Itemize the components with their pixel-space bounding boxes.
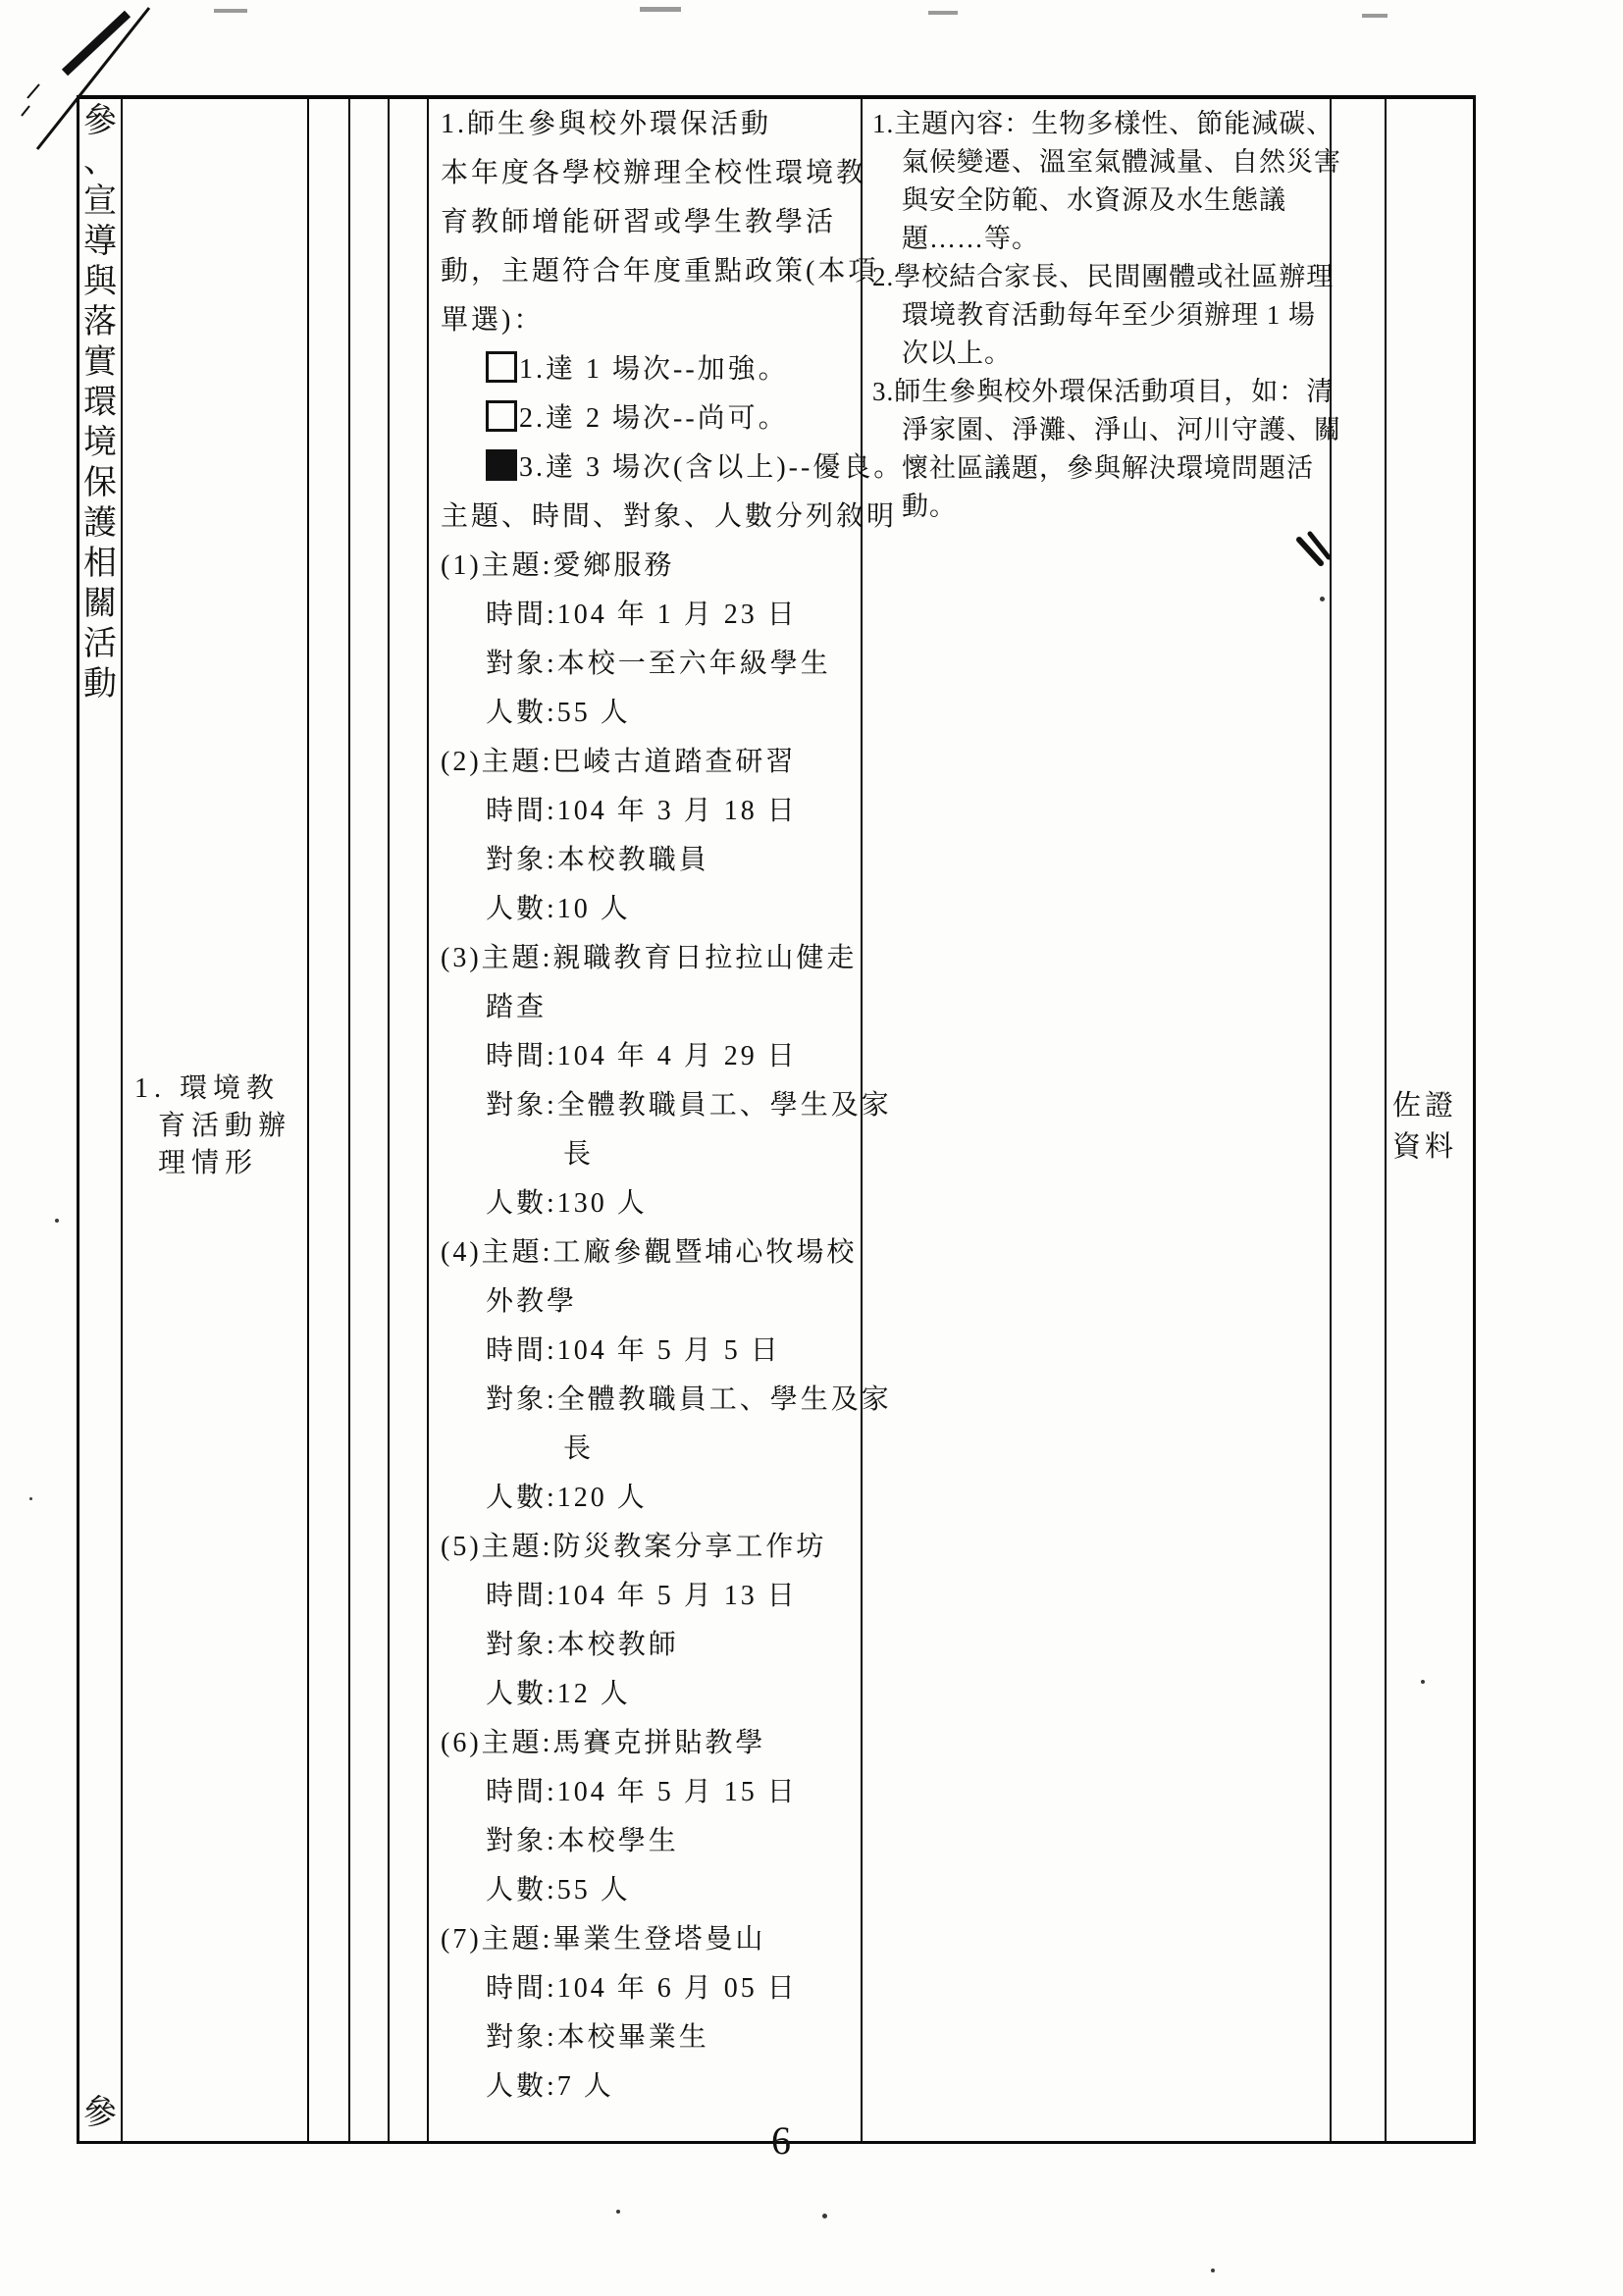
content-line-text: (2)主題:巴崚古道踏查研習 <box>441 747 796 777</box>
content-line: (7)主題:畢業生登塔曼山 <box>441 1915 861 1964</box>
content-line: 1.師生參與校外環保活動 <box>441 100 861 149</box>
content-line: 時間:104 年 5 月 13 日 <box>441 1572 861 1621</box>
empty-column-b <box>350 99 390 2141</box>
content-line: 時間:104 年 3 月 18 日 <box>441 787 861 836</box>
scan-speck <box>822 2214 827 2218</box>
section-title-char: 落 <box>79 302 121 342</box>
content-line-text: 人數:7 人 <box>486 2071 614 2102</box>
content-line-text: 對象:本校教職員 <box>486 845 709 875</box>
content-line: 育教師增能研習或學生教學活 <box>441 198 861 247</box>
content-line: (5)主題:防災教案分享工作坊 <box>441 1523 861 1572</box>
content-line-text: 時間:104 年 1 月 23 日 <box>486 600 798 630</box>
section-title-char: 與 <box>79 262 121 302</box>
content-line: 對象:本校畢業生 <box>441 2013 861 2062</box>
content-line: 人數:7 人 <box>441 2062 861 2112</box>
content-line: 人數:120 人 <box>441 1474 861 1523</box>
note-line: 淨家園、淨灘、淨山、河川守護、關 <box>872 411 1330 449</box>
content-line: 人數:55 人 <box>441 1866 861 1915</box>
content-line-text: 對象:本校畢業生 <box>486 2022 709 2053</box>
content-line-text: 時間:104 年 5 月 5 日 <box>486 1335 781 1366</box>
section-title-char: 境 <box>79 423 121 463</box>
content-line: 對象:本校學生 <box>441 1817 861 1866</box>
scan-artifact <box>1362 14 1387 18</box>
section-title-vertical: 參、宣導與落實環境保護相關活動 <box>79 101 121 704</box>
content-line: 長 <box>441 1130 861 1179</box>
note-line: 題……等。 <box>872 220 1330 258</box>
section-title-char: 關 <box>79 584 121 624</box>
content-line: 時間:104 年 5 月 5 日 <box>441 1327 861 1376</box>
note-line: 氣候變遷、溫室氣體減量、自然災害 <box>872 143 1330 182</box>
scan-speck <box>55 1219 59 1223</box>
content-line: 對象:本校教職員 <box>441 836 861 885</box>
checkbox-checked-icon <box>486 449 517 481</box>
content-line-text: 踏查 <box>486 992 547 1022</box>
corner-pen-mark <box>20 0 177 167</box>
content-line-text: 1.師生參與校外環保活動 <box>441 109 771 139</box>
content-line-text: 外教學 <box>486 1286 577 1317</box>
item-label: 1. 環境教育活動辦理情形 <box>123 1070 307 1182</box>
content-line: 對象:本校教師 <box>441 1621 861 1670</box>
scan-speck <box>1211 2269 1215 2272</box>
content-line-text: 人數:10 人 <box>486 894 631 924</box>
note-line: 懷社區議題，參與解決環境問題活 <box>872 449 1330 488</box>
section-title-char: 導 <box>79 222 121 262</box>
content-line-text: 時間:104 年 4 月 29 日 <box>486 1041 798 1071</box>
content-line-text: 時間:104 年 6 月 05 日 <box>486 1973 798 2004</box>
page-number: 6 <box>771 2117 791 2164</box>
content-line: 主題、時間、對象、人數分列敘明 <box>441 493 861 542</box>
content-line-text: (5)主題:防災教案分享工作坊 <box>441 1532 826 1562</box>
content-line-text: (3)主題:親職教育日拉拉山健走 <box>441 943 857 973</box>
checkbox-empty-icon <box>486 400 517 432</box>
note-line: 環境教育活動每年至少須辦理 1 場 <box>872 296 1330 335</box>
content-line: 對象:全體教職員工、學生及家 <box>441 1376 861 1425</box>
evidence-label-line: 資料 <box>1392 1126 1463 1168</box>
content-line: 人數:55 人 <box>441 689 861 738</box>
scan-artifact <box>214 9 247 13</box>
content-line-text: 對象:本校一至六年級學生 <box>486 649 831 679</box>
content-line: 3.達 3 場次(含以上)--優良。 <box>441 444 861 493</box>
section-title-char: 活 <box>79 624 121 664</box>
content-line-text: 人數:55 人 <box>486 1875 631 1905</box>
section-footer-char: 參 <box>79 2085 121 2133</box>
content-line-text: 對象:全體教職員工、學生及家 <box>486 1384 892 1415</box>
section-title-char: 環 <box>79 383 121 423</box>
scan-artifact <box>928 11 958 15</box>
section-title-char: 保 <box>79 463 121 503</box>
section-title-char: 動 <box>79 664 121 704</box>
section-title-char: 宣 <box>79 182 121 222</box>
content-line: 2.達 2 場次--尚可。 <box>441 394 861 444</box>
note-line: 動。 <box>872 488 1330 526</box>
content-line: 人數:10 人 <box>441 885 861 934</box>
evaluation-table: 參、宣導與落實環境保護相關活動 參 1. 環境教育活動辦理情形 1.師生參與校外… <box>77 95 1476 2144</box>
content-line: 對象:全體教職員工、學生及家 <box>441 1081 861 1130</box>
note-line: 次以上。 <box>872 335 1330 373</box>
item-column: 1. 環境教育活動辦理情形 <box>123 99 309 2141</box>
content-line: 本年度各學校辦理全校性環境教 <box>441 149 861 198</box>
empty-column-c <box>390 99 429 2141</box>
content-line: 時間:104 年 5 月 15 日 <box>441 1768 861 1817</box>
content-line-text: (6)主題:馬賽克拼貼教學 <box>441 1728 765 1758</box>
content-line: (4)主題:工廠參觀暨埔心牧場校 <box>441 1228 861 1278</box>
content-line: 長 <box>441 1425 861 1474</box>
content-line-text: (1)主題:愛鄉服務 <box>441 550 674 581</box>
content-line: 人數:12 人 <box>441 1670 861 1719</box>
content-line-text: 時間:104 年 5 月 13 日 <box>486 1581 798 1611</box>
note-line: 與安全防範、水資源及水生態議 <box>872 182 1330 220</box>
content-line: 動，主題符合年度重點政策(本項 <box>441 247 861 296</box>
note-line: 2.學校結合家長、民間團體或社區辦理 <box>872 258 1330 296</box>
content-line-text: (4)主題:工廠參觀暨埔心牧場校 <box>441 1237 857 1268</box>
content-line-text: 對象:本校學生 <box>486 1826 679 1856</box>
empty-column-a <box>309 99 350 2141</box>
notes-lines: 1.主題內容：生物多樣性、節能減碳、氣候變遷、溫室氣體減量、自然災害與安全防範、… <box>863 99 1330 526</box>
evidence-label: 佐證資料 <box>1387 1085 1463 1168</box>
content-line: (1)主題:愛鄉服務 <box>441 542 861 591</box>
checkbox-empty-icon <box>486 351 517 383</box>
scan-speck <box>29 1497 32 1500</box>
scan-speck <box>616 2210 620 2214</box>
content-line-text: 單選)： <box>441 305 544 336</box>
evidence-column: 佐證資料 <box>1387 99 1463 2141</box>
empty-column-d <box>1332 99 1387 2141</box>
scan-artifact <box>640 7 681 12</box>
content-lines: 1.師生參與校外環保活動本年度各學校辦理全校性環境教育教師增能研習或學生教學活動… <box>429 99 861 2112</box>
content-line: 外教學 <box>441 1278 861 1327</box>
content-line-text: 長 <box>563 1434 594 1464</box>
content-line-text: 長 <box>563 1139 594 1170</box>
content-line-text: 對象:本校教師 <box>486 1630 679 1660</box>
section-title-char: 實 <box>79 342 121 383</box>
evidence-label-line: 佐證 <box>1392 1085 1463 1126</box>
content-line-text: 時間:104 年 5 月 15 日 <box>486 1777 798 1807</box>
content-line: (2)主題:巴崚古道踏查研習 <box>441 738 861 787</box>
content-line: 時間:104 年 6 月 05 日 <box>441 1964 861 2013</box>
scanned-document-page: 參、宣導與落實環境保護相關活動 參 1. 環境教育活動辦理情形 1.師生參與校外… <box>0 0 1623 2296</box>
content-line-text: 動，主題符合年度重點政策(本項 <box>441 256 878 287</box>
content-line-text: 1.達 1 場次--加強。 <box>519 354 789 385</box>
note-line: 1.主題內容：生物多樣性、節能減碳、 <box>872 105 1330 143</box>
content-line: 踏查 <box>441 983 861 1032</box>
content-line-text: 本年度各學校辦理全校性環境教 <box>441 158 866 188</box>
content-line: 人數:130 人 <box>441 1179 861 1228</box>
content-line-text: 人數:120 人 <box>486 1483 648 1513</box>
content-line: (6)主題:馬賽克拼貼教學 <box>441 1719 861 1768</box>
ink-smudge <box>1291 530 1335 577</box>
content-line: 時間:104 年 4 月 29 日 <box>441 1032 861 1081</box>
content-line-text: 人數:12 人 <box>486 1679 631 1709</box>
content-line-text: 對象:全體教職員工、學生及家 <box>486 1090 892 1121</box>
content-column: 1.師生參與校外環保活動本年度各學校辦理全校性環境教育教師增能研習或學生教學活動… <box>429 99 863 2141</box>
content-line: 1.達 1 場次--加強。 <box>441 345 861 394</box>
content-line: 對象:本校一至六年級學生 <box>441 640 861 689</box>
content-line-text: 人數:55 人 <box>486 698 631 728</box>
content-line-text: 時間:104 年 3 月 18 日 <box>486 796 798 826</box>
content-line: (3)主題:親職教育日拉拉山健走 <box>441 934 861 983</box>
content-line-text: 主題、時間、對象、人數分列敘明 <box>441 501 897 532</box>
section-title-char: 護 <box>79 503 121 544</box>
content-line-text: 3.達 3 場次(含以上)--優良。 <box>519 452 904 483</box>
section-title-column: 參、宣導與落實環境保護相關活動 參 <box>79 99 123 2141</box>
content-line-text: (7)主題:畢業生登塔曼山 <box>441 1924 765 1955</box>
content-line: 單選)： <box>441 296 861 345</box>
content-line-text: 育教師增能研習或學生教學活 <box>441 207 836 237</box>
content-line-text: 2.達 2 場次--尚可。 <box>519 403 789 434</box>
section-title-char: 相 <box>79 544 121 584</box>
content-line: 時間:104 年 1 月 23 日 <box>441 591 861 640</box>
content-line-text: 人數:130 人 <box>486 1188 648 1219</box>
note-line: 3.師生參與校外環保活動項目，如：清 <box>872 373 1330 411</box>
notes-column: 1.主題內容：生物多樣性、節能減碳、氣候變遷、溫室氣體減量、自然災害與安全防範、… <box>863 99 1332 2141</box>
